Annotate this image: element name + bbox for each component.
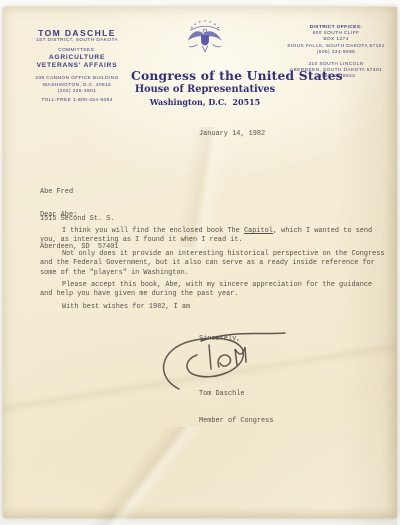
district-office-line: Sioux Falls, South Dakota 57101 [275,44,397,50]
sender-name: TOM DASCHLE [15,28,139,38]
signer-name: Tom Daschle [199,390,273,399]
washington-dc-line: Washington, D.C. 20515 [131,97,279,107]
letterhead-left: TOM DASCHLE 1st District, South Dakota C… [15,28,139,104]
letterhead-center: Congress of the United States House of R… [131,16,279,107]
committee-agriculture: AGRICULTURE [15,54,139,62]
book-title-underlined: Capitol [244,227,273,235]
paragraph-4: With best wishes for 1982, I am [40,303,385,312]
signature-block: Tom Daschle Member of Congress [199,371,273,445]
district-office-phone: (605) 225-8823 [275,74,397,80]
us-congress-eagle-seal-icon [184,16,226,60]
letterhead-right: DISTRICT OFFICES: 600 South Cliff Box 12… [275,25,397,81]
house-of-representatives-subtitle: House of Representatives [131,84,279,95]
committee-veterans-affairs: VETERANS' AFFAIRS [15,62,139,70]
signer-title: Member of Congress [199,417,273,426]
scanned-letter: TOM DASCHLE 1st District, South Dakota C… [0,0,400,525]
salutation: Dear Abe: [40,211,77,220]
letter-date: January 14, 1982 [199,130,265,139]
paragraph-3: Please accept this book, Abe, with my si… [40,281,385,300]
recipient-name: Abe Fred [40,188,119,197]
paragraph-2: Not only does it provide an interesting … [40,250,385,278]
tollfree-phone-line: Toll-Free 1-800-424-9094 [15,98,139,104]
paragraph-1: I think you will find the enclosed book … [40,227,385,246]
letter-paper: TOM DASCHLE 1st District, South Dakota C… [3,7,397,518]
paragraph-1-pre: I think you will find the enclosed book … [62,227,244,235]
congress-title: Congress of the United States [131,68,279,83]
